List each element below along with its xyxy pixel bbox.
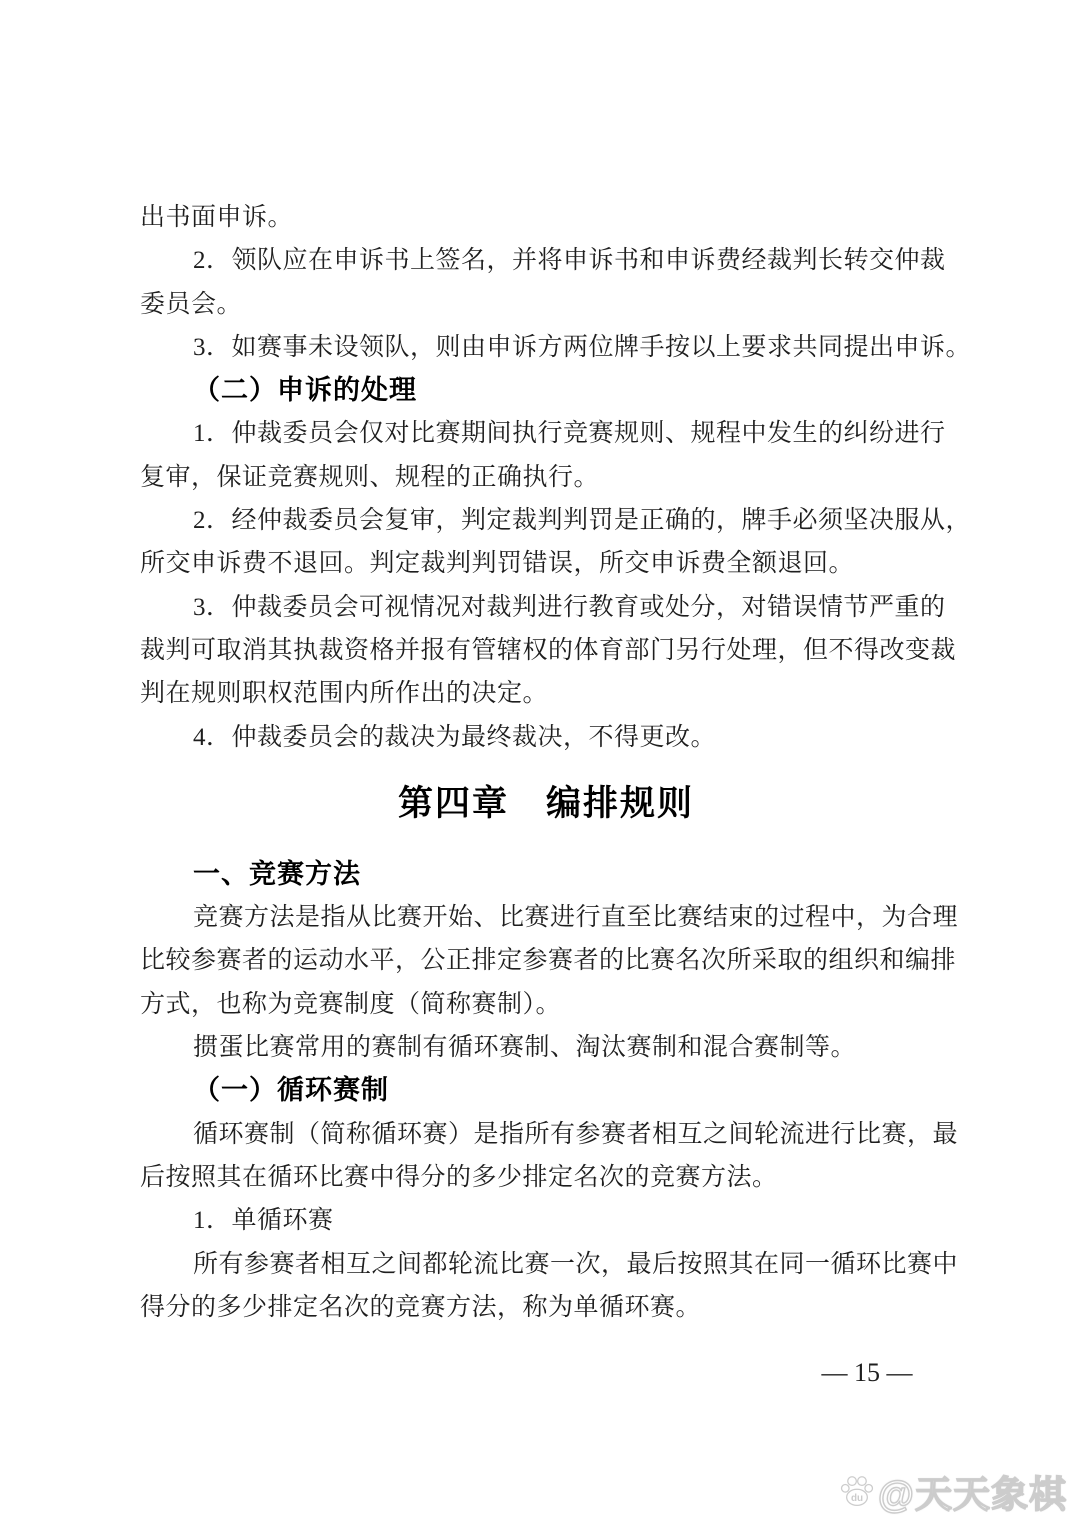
text-line: 循环赛制（简称循环赛）是指所有参赛者相互之间轮流进行比赛，最	[140, 1113, 952, 1156]
chapter-title: 第四章 编排规则	[140, 779, 952, 829]
text-line: 2．领队应在申诉书上签名，并将申诉书和申诉费经裁判长转交仲裁	[140, 239, 952, 282]
text-line: 裁判可取消其执裁资格并报有管辖权的体育部门另行处理，但不得改变裁	[140, 629, 952, 672]
text-line: 方式，也称为竞赛制度（简称赛制）。	[140, 983, 952, 1026]
page-number: — 15 —	[812, 1358, 922, 1388]
text-line: 掼蛋比赛常用的赛制有循环赛制、淘汰赛制和混合赛制等。	[140, 1026, 952, 1069]
watermark: du @天天象棋	[839, 1464, 1067, 1518]
text-line: 比较参赛者的运动水平，公正排定参赛者的比赛名次所采取的组织和编排	[140, 939, 952, 982]
text-line: 3．仲裁委员会可视情况对裁判进行教育或处分，对错误情节严重的	[140, 586, 952, 629]
document-page: 出书面申诉。 2．领队应在申诉书上签名，并将申诉书和申诉费经裁判长转交仲裁 委员…	[0, 0, 1080, 1526]
text-line: 3．如赛事未设领队，则由申诉方两位牌手按以上要求共同提出申诉。	[140, 326, 952, 369]
text-line: 判在规则职权范围内所作出的决定。	[140, 672, 952, 715]
text-line: 出书面申诉。	[140, 196, 952, 239]
section-heading: （二）申诉的处理	[140, 369, 952, 412]
text-line: 2．经仲裁委员会复审，判定裁判判罚是正确的，牌手必须坚决服从，	[140, 499, 952, 542]
text-line: 1．仲裁委员会仅对比赛期间执行竞赛规则、规程中发生的纠纷进行	[140, 412, 952, 455]
text-line: 4．仲裁委员会的裁决为最终裁决，不得更改。	[140, 716, 952, 759]
text-line: 竞赛方法是指从比赛开始、比赛进行直至比赛结束的过程中，为合理	[140, 896, 952, 939]
watermark-handle: @天天象棋	[878, 1464, 1067, 1518]
text-line: 得分的多少排定名次的竞赛方法，称为单循环赛。	[140, 1286, 952, 1329]
text-line: 后按照其在循环比赛中得分的多少排定名次的竞赛方法。	[140, 1156, 952, 1199]
document-content: 出书面申诉。 2．领队应在申诉书上签名，并将申诉书和申诉费经裁判长转交仲裁 委员…	[140, 0, 952, 1329]
text-line: 所有参赛者相互之间都轮流比赛一次，最后按照其在同一循环比赛中	[140, 1243, 952, 1286]
text-line: 1．单循环赛	[140, 1199, 952, 1242]
text-line: 复审，保证竞赛规则、规程的正确执行。	[140, 456, 952, 499]
text-line: 委员会。	[140, 283, 952, 326]
paw-icon: du	[839, 1473, 875, 1509]
section-heading: 一、竞赛方法	[140, 853, 952, 896]
section-heading: （一）循环赛制	[140, 1069, 952, 1112]
paw-icon-text: du	[851, 1493, 863, 1504]
text-line: 所交申诉费不退回。判定裁判判罚错误，所交申诉费全额退回。	[140, 542, 952, 585]
